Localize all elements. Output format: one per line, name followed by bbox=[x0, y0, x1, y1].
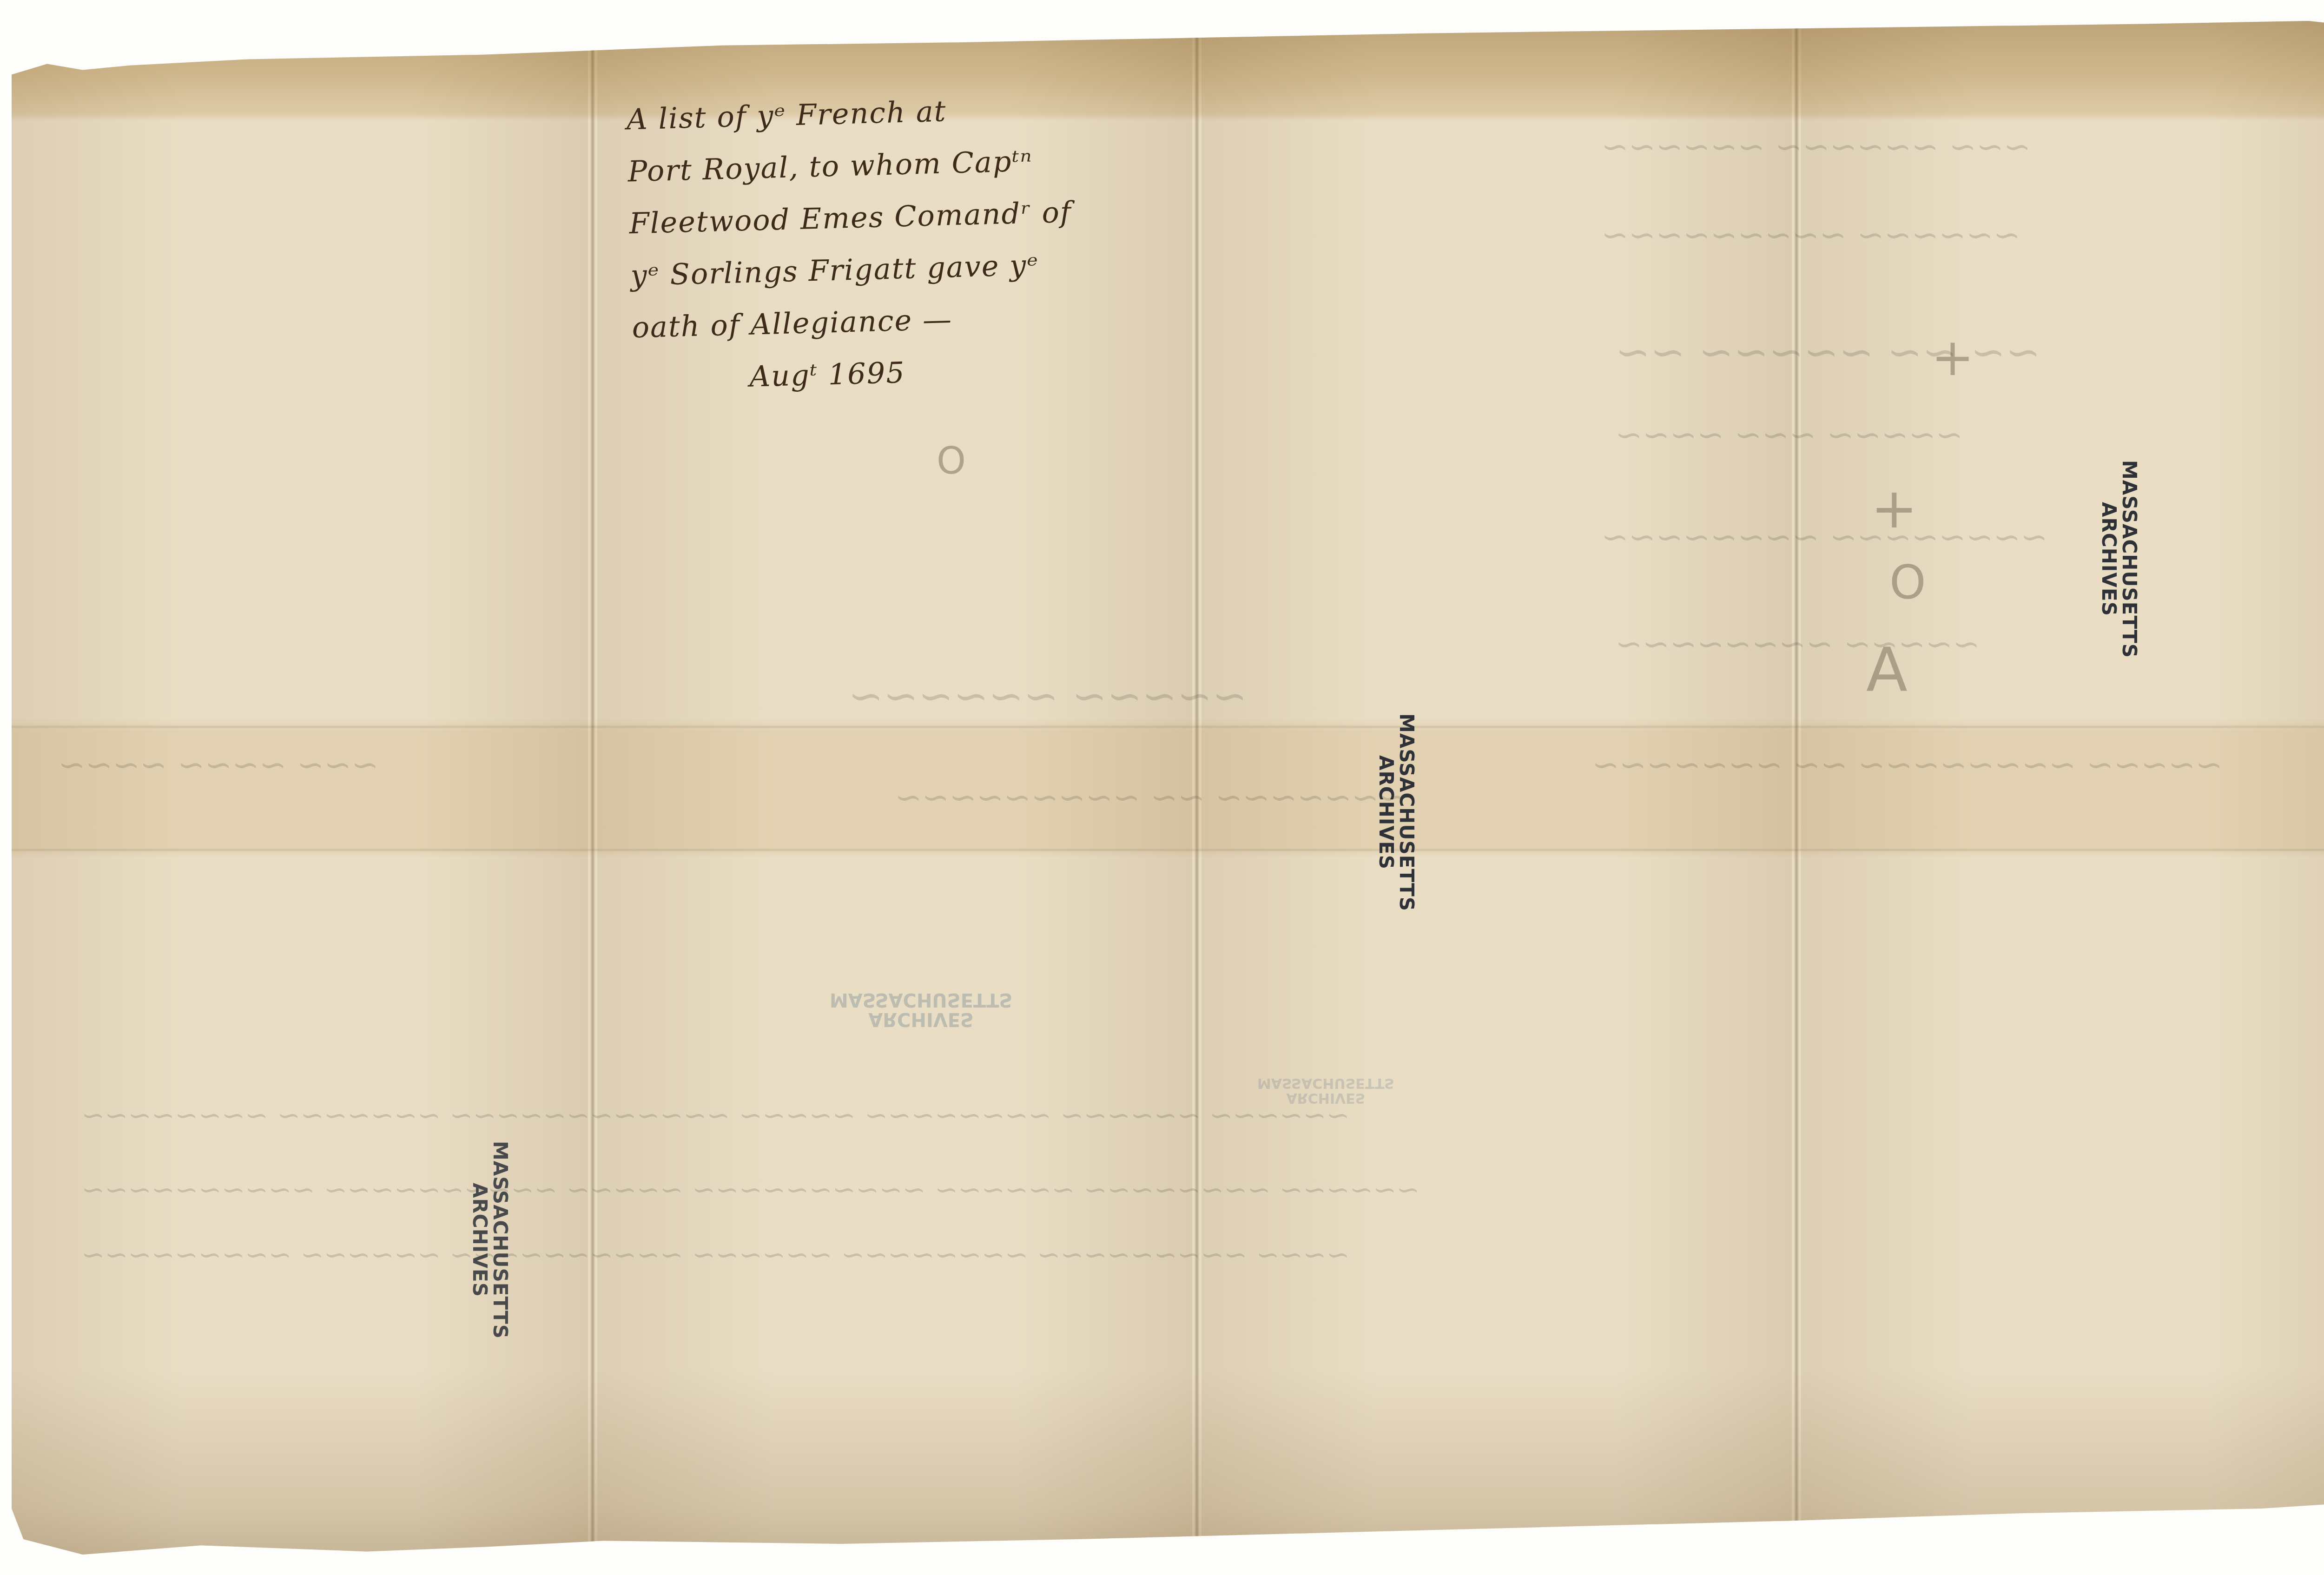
offset-stamp-mirrored: ARCHIVES MASSACHUSETTS bbox=[1257, 1076, 1394, 1105]
bleed-a-mark: A bbox=[1866, 634, 1908, 705]
stamp-line-1: MASSACHUSETTS bbox=[1396, 713, 1417, 911]
vertical-fold-line bbox=[590, 21, 595, 1555]
offset-stamp-line-1: ARCHIVES bbox=[830, 1009, 1012, 1029]
bleed-through-text: ~~~~~~~ ~~ ~~~~~~~~~ bbox=[895, 778, 1406, 817]
bleed-through-text: ~~~~~~ ~~~~~~~~~ bbox=[1601, 216, 2020, 254]
bleed-circle-mark: O bbox=[937, 439, 966, 482]
bleed-through-text: ~~~~~~~~ ~~~~~~~~ bbox=[1601, 518, 2048, 556]
bleed-through-text: ~~~~~~ ~~~~~~~~ ~~~~~~ ~~~~~~~~~~ ~~~~~ … bbox=[81, 1173, 1419, 1206]
bleed-through-text: ~~~~~~ ~~~~~~ ~~~~~~~~ ~~~~~ ~~~~~~~~~~~… bbox=[81, 1099, 1350, 1132]
bleed-through-text: ~~~~~ ~~~~~~~~ ~~ ~~~~~~~ bbox=[1592, 746, 2223, 784]
stamp-line-2: ARCHIVES bbox=[2099, 460, 2119, 658]
stamp-line-2: ARCHIVES bbox=[1376, 713, 1396, 911]
offset-stamp-mirrored: ARCHIVES MASSACHUSETTS bbox=[830, 990, 1012, 1029]
stamp-line-2: ARCHIVES bbox=[469, 1141, 490, 1339]
offset-stamp-line-2: MASSACHUSETTS bbox=[1257, 1076, 1394, 1091]
handwritten-docket: A list of yᵉ French at Port Royal, to wh… bbox=[626, 79, 1215, 406]
horizontal-fold-line bbox=[12, 848, 2324, 852]
document-sheet: ~~~ ~~~~~~ ~~~~~~ ~~~~~~ ~~~~~~~~~ ~~ ~~… bbox=[12, 21, 2324, 1555]
stamp-line-1: MASSACHUSETTS bbox=[490, 1141, 510, 1339]
archive-stamp: MASSACHUSETTS ARCHIVES bbox=[2099, 460, 2139, 658]
bleed-through-text: ~~~ ~~~~ ~~~~ bbox=[58, 746, 379, 784]
bleed-through-text: ~~~~ ~~~~~~~~~ ~~~~~~~~ ~~~~~~ ~~~~~~~~~… bbox=[81, 1239, 1350, 1271]
bleed-through-text: ~~~~~ ~~~ ~~~~ bbox=[1615, 416, 1963, 454]
offset-stamp-line-2: MASSACHUSETTS bbox=[830, 990, 1012, 1009]
bleed-through-text: ~~~~~ ~~~~~~~~ bbox=[1615, 625, 1980, 663]
bleed-through-text: ~~ ~~ ~~~~~ ~~ bbox=[1615, 328, 2040, 376]
archive-stamp: MASSACHUSETTS ARCHIVES bbox=[1376, 713, 1417, 911]
bleed-circle-mark: O bbox=[1889, 555, 1926, 610]
bleed-through-text: ~~~~~ ~~~~~~ bbox=[848, 672, 1247, 720]
horizontal-fold-line bbox=[12, 725, 2324, 729]
offset-stamp-line-1: ARCHIVES bbox=[1257, 1091, 1394, 1106]
bleed-cross-mark: + bbox=[1931, 328, 1974, 387]
archive-stamp: MASSACHUSETTS ARCHIVES bbox=[469, 1141, 510, 1339]
stamp-line-1: MASSACHUSETTS bbox=[2119, 460, 2139, 658]
bleed-through-text: ~~~ ~~~~~~ ~~~~~~ bbox=[1601, 128, 2031, 166]
bleed-cross-mark: + bbox=[1871, 476, 1918, 541]
